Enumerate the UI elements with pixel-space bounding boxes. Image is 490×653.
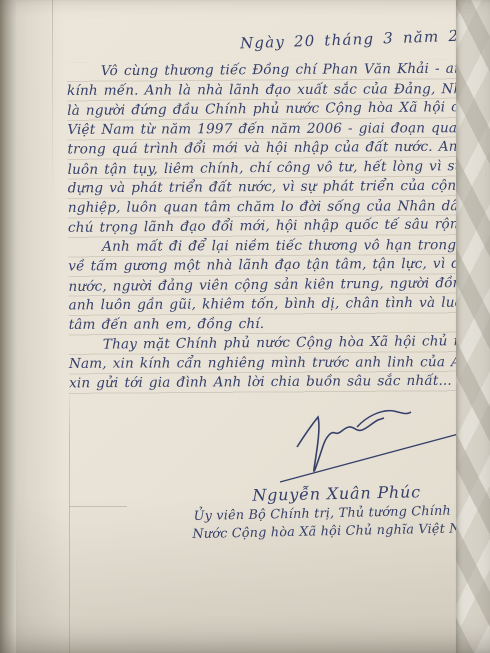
handwritten-line: là người đứng đầu Chính phủ nước Cộng hò… bbox=[67, 98, 467, 121]
letter-page: Ngày 20 tháng 3 năm 2018 Vô cùng thương … bbox=[12, 0, 460, 653]
handwritten-line: Việt Nam từ năm 1997 đến năm 2006 - giai… bbox=[67, 119, 467, 140]
letter-body: Vô cùng thương tiếc Đồng chí Phan Văn Kh… bbox=[67, 60, 469, 397]
handwritten-line: luôn tận tụy, liêm chính, chí công vô tư… bbox=[67, 157, 467, 180]
handwritten-line: chú trọng lãnh đạo đổi mới, hội nhập quố… bbox=[68, 215, 468, 238]
photo-left-edge bbox=[0, 0, 16, 653]
handwritten-line: nước, người đảng viên cộng sản kiên trun… bbox=[68, 274, 468, 297]
signer-name: Nguyễn Xuân Phúc bbox=[191, 481, 481, 506]
handwritten-line: Anh mất đi để lại niềm tiếc thương vô hạ… bbox=[68, 236, 468, 257]
paper-crease bbox=[69, 506, 127, 507]
signature-block: Nguyễn Xuân Phúc Ủy viên Bộ Chính trị, T… bbox=[191, 481, 482, 542]
handwritten-line: Thay mặt Chính phủ nước Cộng hòa Xã hội … bbox=[69, 332, 469, 355]
handwritten-line: trong quá trình đổi mới và hội nhập của … bbox=[67, 138, 467, 160]
paper-crease bbox=[69, 386, 70, 653]
handwritten-line: dựng và phát triển đất nước, vì sự phát … bbox=[68, 177, 468, 199]
signer-title-line-2: Nước Cộng hòa Xã hội Chủ nghĩa Việt Nam. bbox=[192, 521, 482, 542]
handwritten-line: Vô cùng thương tiếc Đồng chí Phan Văn Kh… bbox=[67, 60, 467, 82]
handwritten-line: xin gửi tới gia đình Anh lời chia buồn s… bbox=[69, 372, 469, 394]
date-line: Ngày 20 tháng 3 năm 2018 bbox=[240, 28, 436, 53]
handwritten-line: về tấm gương một nhà lãnh đạo tận tâm, t… bbox=[68, 255, 468, 277]
paper-crease bbox=[52, 0, 53, 200]
photo-of-letter: { "letter": { "date_line": "Ngày 20 thán… bbox=[0, 0, 490, 653]
handwritten-line: Nam, xin kính cẩn nghiêng mình trước anh… bbox=[69, 353, 469, 374]
handwritten-line: anh luôn gần gũi, khiêm tốn, bình dị, ch… bbox=[68, 294, 468, 316]
photo-frame: Ngày 20 tháng 3 năm 2018 Vô cùng thương … bbox=[0, 0, 490, 653]
background-fabric-pattern bbox=[456, 0, 490, 653]
